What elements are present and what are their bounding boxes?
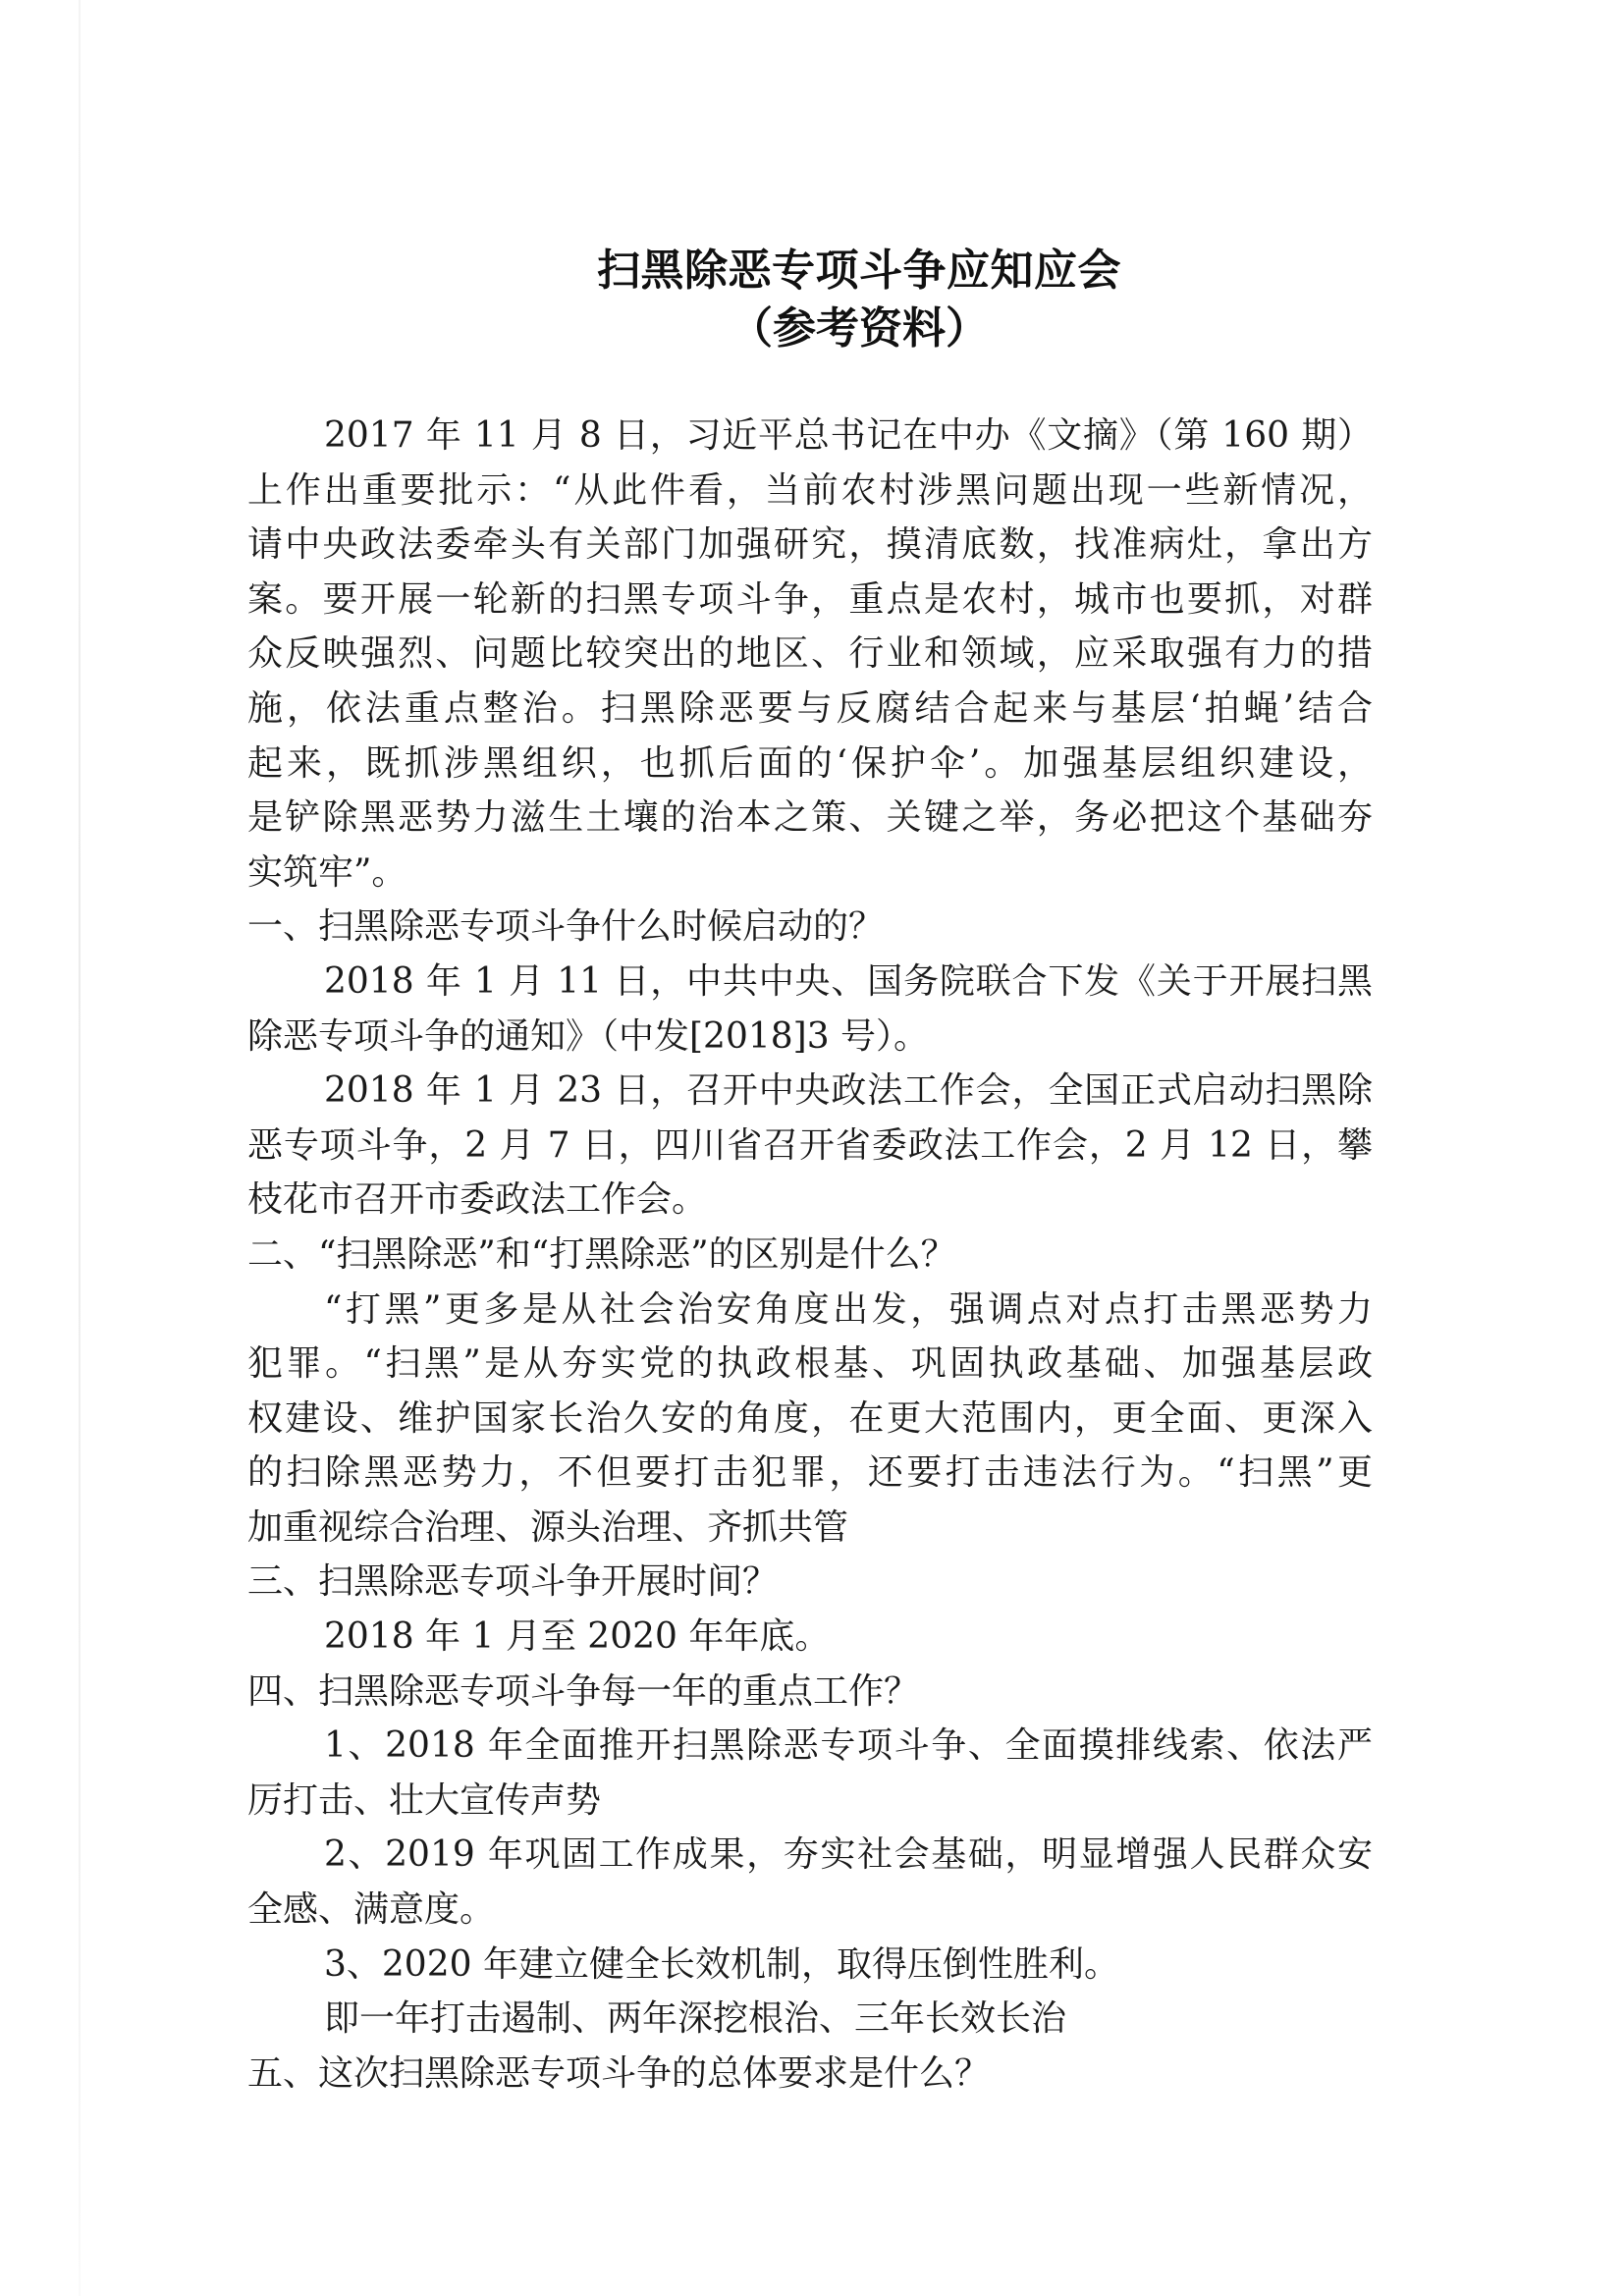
section-heading-2: 二、“扫黑除恶”和“打黑除恶”的区别是什么？ [247, 1228, 1373, 1283]
list-item-line: 3、2020 年建立健全长效机制，取得压倒性胜利。 [247, 1938, 1373, 1993]
section-heading-3: 三、扫黑除恶专项斗争开展时间？ [247, 1555, 1373, 1610]
paragraph-line: 施，依法重点整治。扫黑除恶要与反腐结合起来与基层‘拍蝇’结合 [247, 682, 1373, 737]
paragraph-line: 2017 年 11 月 8 日，习近平总书记在中办《文摘》（第 160 期） [247, 409, 1373, 464]
paragraph-line: 案。要开展一轮新的扫黑专项斗争，重点是农村，城市也要抓，对群 [247, 573, 1373, 628]
paragraph-line: 2018 年 1 月至 2020 年年底。 [247, 1610, 1373, 1665]
paragraph-line: 2018 年 1 月 11 日，中共中央、国务院联合下发《关于开展扫黑 [247, 955, 1373, 1010]
paragraph-line: 上作出重要批示：“从此件看，当前农村涉黑问题出现一些新情况， [247, 464, 1373, 519]
title-block: 扫黑除恶专项斗争应知应会 （参考资料） [589, 242, 1129, 357]
paragraph-line: 实筑牢”。 [247, 846, 1373, 901]
paragraph-line: 众反映强烈、问题比较突出的地区、行业和领域，应采取强有力的措 [247, 627, 1373, 682]
scan-edge-line [79, 0, 81, 2296]
paragraph-line: 加重视综合治理、源头治理、齐抓共管 [247, 1501, 1373, 1556]
paragraph-line: 权建设、维护国家长治久安的角度，在更大范围内，更全面、更深入 [247, 1392, 1373, 1447]
paragraph-line: 是铲除黑恶势力滋生土壤的治本之策、关键之举，务必把这个基础夯 [247, 791, 1373, 846]
section-heading-1: 一、扫黑除恶专项斗争什么时候启动的？ [247, 900, 1373, 955]
list-item-line: 1、2018 年全面推开扫黑除恶专项斗争、全面摸排线索、依法严 [247, 1719, 1373, 1774]
paragraph-line: 请中央政法委牵头有关部门加强研究，摸清底数，找准病灶，拿出方 [247, 518, 1373, 573]
paragraph-line: 恶专项斗争，2 月 7 日，四川省召开省委政法工作会，2 月 12 日，攀 [247, 1119, 1373, 1174]
document-body: 2017 年 11 月 8 日，习近平总书记在中办《文摘》（第 160 期） 上… [247, 409, 1373, 2101]
paragraph-line: 的扫除黑恶势力，不但要打击犯罪，还要打击违法行为。“扫黑”更 [247, 1446, 1373, 1501]
document-subtitle: （参考资料） [589, 300, 1129, 357]
list-item-line: 全感、满意度。 [247, 1883, 1373, 1938]
list-item-line: 2、2019 年巩固工作成果，夯实社会基础，明显增强人民群众安 [247, 1828, 1373, 1883]
paragraph-line: 犯罪。“扫黑”是从夯实党的执政根基、巩固执政基础、加强基层政 [247, 1337, 1373, 1392]
list-item-line: 厉打击、壮大宣传声势 [247, 1774, 1373, 1829]
section-heading-4: 四、扫黑除恶专项斗争每一年的重点工作？ [247, 1665, 1373, 1720]
paragraph-line: 起来，既抓涉黑组织，也抓后面的‘保护伞’。加强基层组织建设， [247, 737, 1373, 792]
paragraph-line: 2018 年 1 月 23 日，召开中央政法工作会，全国正式启动扫黑除 [247, 1064, 1373, 1119]
paragraph-line: 即一年打击遏制、两年深挖根治、三年长效长治 [247, 1992, 1373, 2047]
document-title: 扫黑除恶专项斗争应知应会 [589, 242, 1129, 300]
section-heading-5: 五、这次扫黑除恶专项斗争的总体要求是什么？ [247, 2047, 1373, 2102]
paragraph-line: 除恶专项斗争的通知》（中发[2018]3 号）。 [247, 1010, 1373, 1065]
paragraph-line: 枝花市召开市委政法工作会。 [247, 1173, 1373, 1228]
paragraph-line: “打黑”更多是从社会治安角度出发，强调点对点打击黑恶势力 [247, 1283, 1373, 1338]
